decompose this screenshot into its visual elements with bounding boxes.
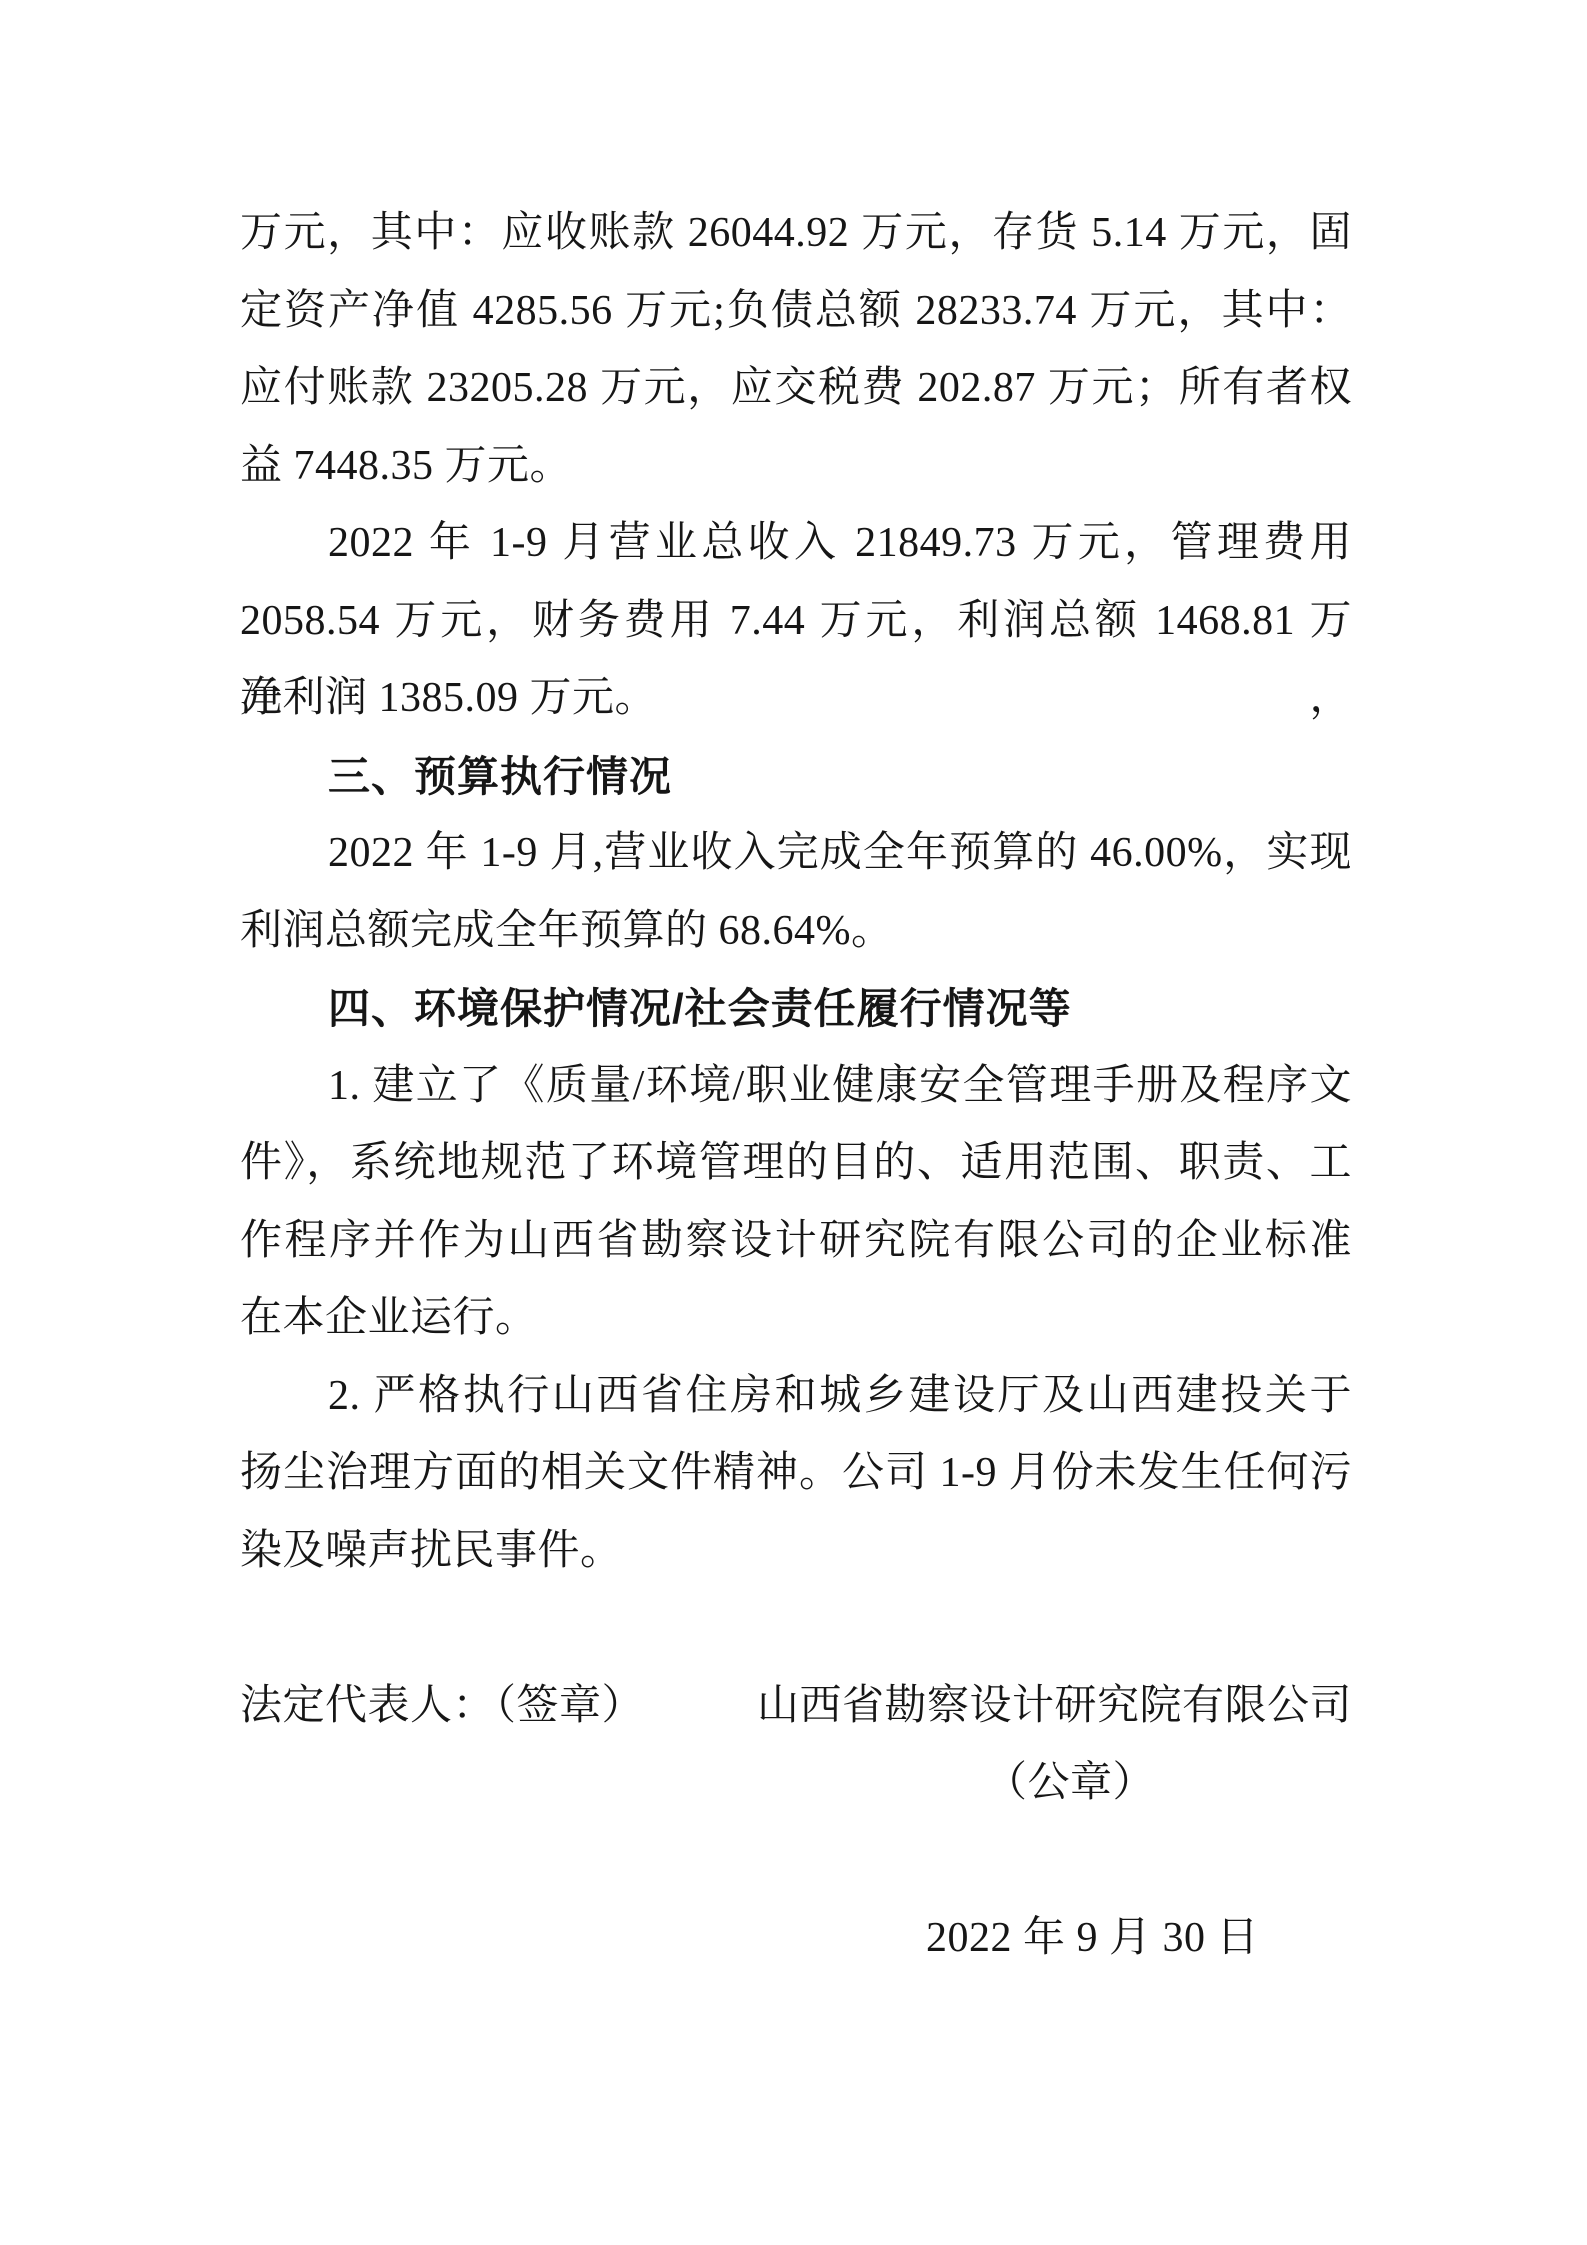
document-text-line: 2022 年 1-9 月营业总收入 21849.73 万元，管理费用 [240, 505, 1352, 583]
company-seal-label: （公章） [240, 1745, 1352, 1823]
blank-line [240, 1590, 1352, 1668]
document-text-line: 利润总额完成全年预算的 68.64%。 [240, 893, 1352, 971]
document-date: 2022 年 9 月 30 日 [240, 1900, 1352, 1978]
legal-representative-label: 法定代表人：（签章） [240, 1668, 644, 1746]
document-text-line: 2022 年 1-9 月,营业收入完成全年预算的 46.00%，实现 [240, 815, 1352, 893]
document-text-line: 万元，其中：应收账款 26044.92 万元，存货 5.14 万元，固 [240, 195, 1352, 273]
document-text-line: 应付账款 23205.28 万元，应交税费 202.87 万元；所有者权 [240, 350, 1352, 428]
section-heading-budget-execution: 三、预算执行情况 [240, 738, 1352, 816]
signature-row: 法定代表人：（签章） 山西省勘察设计研究院有限公司 [240, 1668, 1352, 1746]
document-text-line: 定资产净值 4285.56 万元;负债总额 28233.74 万元，其中： [240, 273, 1352, 351]
document-text-line: 作程序并作为山西省勘察设计研究院有限公司的企业标准 [240, 1203, 1352, 1281]
document-text-line: 2058.54 万元，财务费用 7.44 万元，利润总额 1468.81 万元， [240, 583, 1352, 661]
document-text-line: 件》，系统地规范了环境管理的目的、适用范围、职责、工 [240, 1125, 1352, 1203]
document-text-line: 2. 严格执行山西省住房和城乡建设厅及山西建投关于 [240, 1358, 1352, 1436]
blank-line [240, 1823, 1352, 1901]
document-text-line: 扬尘治理方面的相关文件精神。公司 1-9 月份未发生任何污 [240, 1435, 1352, 1513]
document-text-line: 在本企业运行。 [240, 1280, 1352, 1358]
document-text-line: 益 7448.35 万元。 [240, 428, 1352, 506]
document-text-line: 染及噪声扰民事件。 [240, 1513, 1352, 1591]
document-page: 万元，其中：应收账款 26044.92 万元，存货 5.14 万元，固 定资产净… [0, 0, 1587, 2245]
document-body: 万元，其中：应收账款 26044.92 万元，存货 5.14 万元，固 定资产净… [240, 195, 1352, 1978]
document-text-line: 1. 建立了《质量/环境/职业健康安全管理手册及程序文 [240, 1048, 1352, 1126]
company-name: 山西省勘察设计研究院有限公司 [757, 1668, 1352, 1746]
section-heading-environment-social: 四、环境保护情况/社会责任履行情况等 [240, 970, 1352, 1048]
